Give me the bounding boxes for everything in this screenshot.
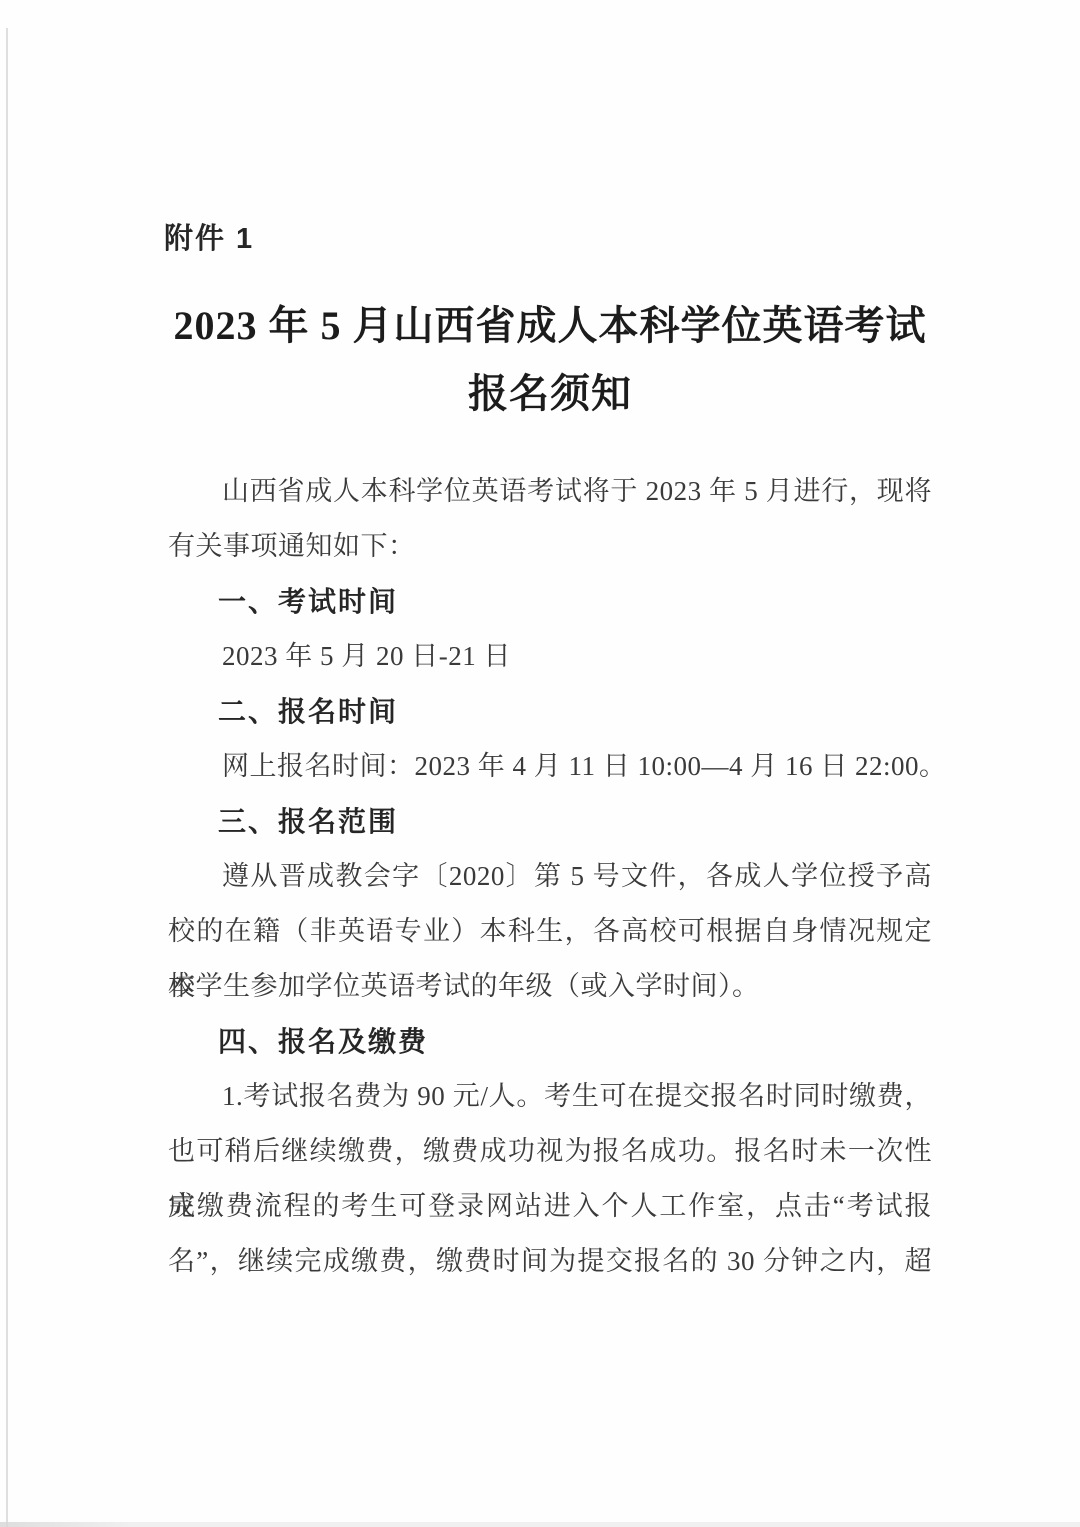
text-line: 也可稍后继续缴费，缴费成功视为报名成功。报名时未一次性完	[168, 1124, 932, 1179]
text-line: 校的在籍（非英语专业）本科生，各高校可根据自身情况规定本	[168, 904, 932, 959]
text-line: 1.考试报名费为 90 元/人。考生可在提交报名时同时缴费，	[168, 1069, 932, 1124]
section-heading: 三、报名范围	[168, 794, 932, 849]
text-line: 2023 年 5 月 20 日-21 日	[168, 629, 932, 684]
text-line: 山西省成人本科学位英语考试将于 2023 年 5 月进行，现将	[168, 464, 932, 519]
title-line-1: 2023 年 5 月山西省成人本科学位英语考试	[168, 292, 932, 360]
text-line: 遵从晋成教会字〔2020〕第 5 号文件，各成人学位授予高	[168, 849, 932, 904]
scan-edge-line	[6, 28, 8, 1527]
text-line: 有关事项通知如下：	[168, 519, 932, 574]
section-heading: 四、报名及缴费	[168, 1014, 932, 1069]
text-line: 成缴费流程的考生可登录网站进入个人工作室，点击“考试报	[168, 1179, 932, 1234]
text-line: 名”，继续完成缴费，缴费时间为提交报名的 30 分钟之内，超	[168, 1234, 932, 1289]
text-line: 网上报名时间：2023 年 4 月 11 日 10:00—4 月 16 日 22…	[168, 739, 932, 794]
section-heading: 二、报名时间	[168, 684, 932, 739]
document-body: 山西省成人本科学位英语考试将于 2023 年 5 月进行，现将有关事项通知如下：…	[168, 464, 932, 1289]
document-title: 2023 年 5 月山西省成人本科学位英语考试 报名须知	[168, 292, 932, 428]
scan-bottom-edge	[0, 1522, 1080, 1527]
attachment-label: 附件 1	[164, 220, 254, 258]
title-line-2: 报名须知	[168, 360, 932, 428]
document-page: 附件 1 2023 年 5 月山西省成人本科学位英语考试 报名须知 山西省成人本…	[0, 0, 1080, 1527]
text-line: 校学生参加学位英语考试的年级（或入学时间）。	[168, 959, 932, 1014]
section-heading: 一、考试时间	[168, 574, 932, 629]
